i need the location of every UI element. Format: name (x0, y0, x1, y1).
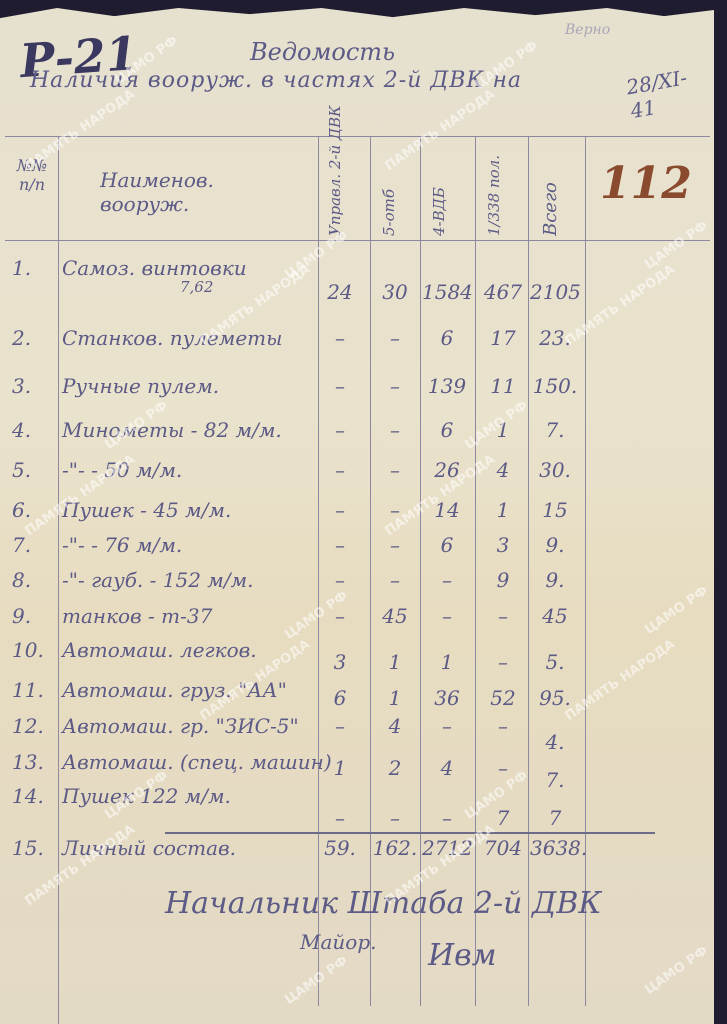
table-row: 12. Автомаш. гр. "ЗИС-5" – 4 – – 4. (0, 714, 714, 754)
row-name: Автомаш. легков. (62, 638, 257, 662)
table-top-border (5, 136, 710, 137)
cell-col4: 3 (478, 533, 528, 557)
cell-col3: 1584 (422, 280, 472, 304)
cell-total: 9. (530, 568, 580, 592)
cell-total: 15 (530, 498, 580, 522)
cell-col1: – (315, 326, 365, 350)
row-number: 13. (12, 750, 44, 774)
row-number: 12. (12, 714, 44, 738)
row-name: Минометы - 82 м/м. (62, 418, 282, 442)
cell-total: 7. (530, 418, 580, 442)
table-header-border (5, 240, 710, 241)
cell-col2: – (370, 374, 420, 398)
row-name: Автомаш. (спец. машин) (62, 750, 332, 774)
cell-col1: – (315, 418, 365, 442)
cell-col2: 1 (370, 650, 420, 674)
cell-col1: 1 (315, 756, 365, 780)
table-row: 1. Самоз. винтовки 7,62 24 30 1584 467 2… (0, 256, 714, 296)
cell-col2: – (370, 533, 420, 557)
cell-col1: – (315, 806, 365, 830)
row-name: Ручные пулем. (62, 374, 219, 398)
header-col3: 4-ВДБ (430, 187, 448, 236)
signature-mark: Ивм (428, 938, 497, 973)
table-row: 7. -"- - 76 м/м. – – 6 3 9. (0, 533, 714, 573)
row-number: 11. (12, 678, 44, 702)
cell-col1: – (315, 458, 365, 482)
cell-col2: – (370, 458, 420, 482)
cell-col4: – (478, 604, 528, 628)
cell-col1: 24 (315, 280, 365, 304)
row-number: 7. (12, 533, 31, 557)
table-row: 3. Ручные пулем. – – 139 11 150. (0, 374, 714, 414)
row-number: 9. (12, 604, 31, 628)
cell-col2: – (370, 418, 420, 442)
cell-total: 7 (530, 806, 580, 830)
document-subtitle: Наличия вооруж. в частях 2-й ДВК на (30, 68, 522, 93)
cell-total: 45 (530, 604, 580, 628)
cell-col4: – (478, 650, 528, 674)
cell-col2: 30 (370, 280, 420, 304)
row-number: 15. (12, 836, 44, 860)
cell-total: 2105 (530, 280, 580, 304)
row-name: Пушек - 45 м/м. (62, 498, 231, 522)
corner-note: Верно (565, 22, 610, 38)
total-line (165, 832, 655, 834)
cell-col3: – (422, 604, 472, 628)
cell-col2: – (370, 568, 420, 592)
cell-col1: – (315, 374, 365, 398)
cell-total: 3638. (530, 836, 580, 860)
row-number: 1. (12, 256, 31, 280)
row-number: 14. (12, 784, 44, 808)
cell-col1: – (315, 498, 365, 522)
cell-col4: 17 (478, 326, 528, 350)
cell-col1: 3 (315, 650, 365, 674)
cell-col4: 52 (478, 686, 528, 710)
cell-col3: – (422, 714, 472, 738)
document-title: Ведомость (250, 38, 395, 66)
cell-total: 30. (530, 458, 580, 482)
row-name: Самоз. винтовки (62, 256, 247, 280)
row-number: 10. (12, 638, 44, 662)
cell-col4: – (478, 714, 528, 738)
cell-col4: 467 (478, 280, 528, 304)
document-date: 28/XI-41 (624, 61, 717, 123)
cell-col4: 11 (478, 374, 528, 398)
cell-col1: 59. (315, 836, 365, 860)
watermark: ЦАМО РФ (642, 943, 710, 997)
cell-col2: 1 (370, 686, 420, 710)
signature-title: Начальник Штаба 2-й ДВК (165, 886, 602, 921)
cell-col1: – (315, 533, 365, 557)
cell-col3: 36 (422, 686, 472, 710)
cell-col1: 6 (315, 686, 365, 710)
cell-col2: 4 (370, 714, 420, 738)
cell-col3: 1 (422, 650, 472, 674)
row-name: Станков. пулеметы (62, 326, 282, 350)
row-name: танков - т-37 (62, 604, 212, 628)
row-number: 2. (12, 326, 31, 350)
table-row: 8. -"- гауб. - 152 м/м. – – – 9 9. (0, 568, 714, 608)
header-col4: 1/338 пол. (485, 155, 503, 236)
table-row: 2. Станков. пулеметы – – 6 17 23. (0, 326, 714, 366)
cell-col3: 4 (422, 756, 472, 780)
cell-col2: – (370, 326, 420, 350)
cell-total: 5. (530, 650, 580, 674)
header-col5: Всего (540, 182, 561, 236)
cell-col2: – (370, 806, 420, 830)
cell-col2: 45 (370, 604, 420, 628)
watermark: ПАМЯТЬ НАРОДА (382, 87, 497, 174)
row-name: -"- гауб. - 152 м/м. (62, 568, 254, 592)
cell-col3: – (422, 568, 472, 592)
cell-col3: 6 (422, 326, 472, 350)
cell-col2: 162. (370, 836, 420, 860)
cell-col4: 9 (478, 568, 528, 592)
header-col2: 5-отб (380, 189, 398, 236)
row-number: 6. (12, 498, 31, 522)
cell-total: 9. (530, 533, 580, 557)
row-subtext: 7,62 (180, 278, 213, 296)
table-row: 10. Автомаш. легков. 3 1 1 – 5. (0, 638, 714, 678)
cell-col4: 1 (478, 498, 528, 522)
watermark: ПАМЯТЬ НАРОДА (22, 87, 137, 174)
header-name: Наименов. вооруж. (100, 168, 280, 216)
cell-col1: – (315, 714, 365, 738)
cell-col2: 2 (370, 756, 420, 780)
document-sheet: Р-21 Верно Ведомость Наличия вооруж. в ч… (0, 8, 714, 1024)
cell-total: 150. (530, 374, 580, 398)
cell-col3: 139 (422, 374, 472, 398)
row-number: 5. (12, 458, 31, 482)
watermark: ЦАМО РФ (282, 953, 350, 1007)
row-number: 3. (12, 374, 31, 398)
row-number: 4. (12, 418, 31, 442)
row-number: 8. (12, 568, 31, 592)
table-row: 6. Пушек - 45 м/м. – – 14 1 15 (0, 498, 714, 538)
row-name: Автомаш. гр. "ЗИС-5" (62, 714, 299, 738)
header-col1: Управл. 2-й ДВК (326, 105, 344, 236)
row-name: -"- - 76 м/м. (62, 533, 182, 557)
cell-col3: 6 (422, 533, 472, 557)
signature-rank: Майор. (300, 930, 376, 954)
archive-number: 112 (600, 158, 692, 209)
